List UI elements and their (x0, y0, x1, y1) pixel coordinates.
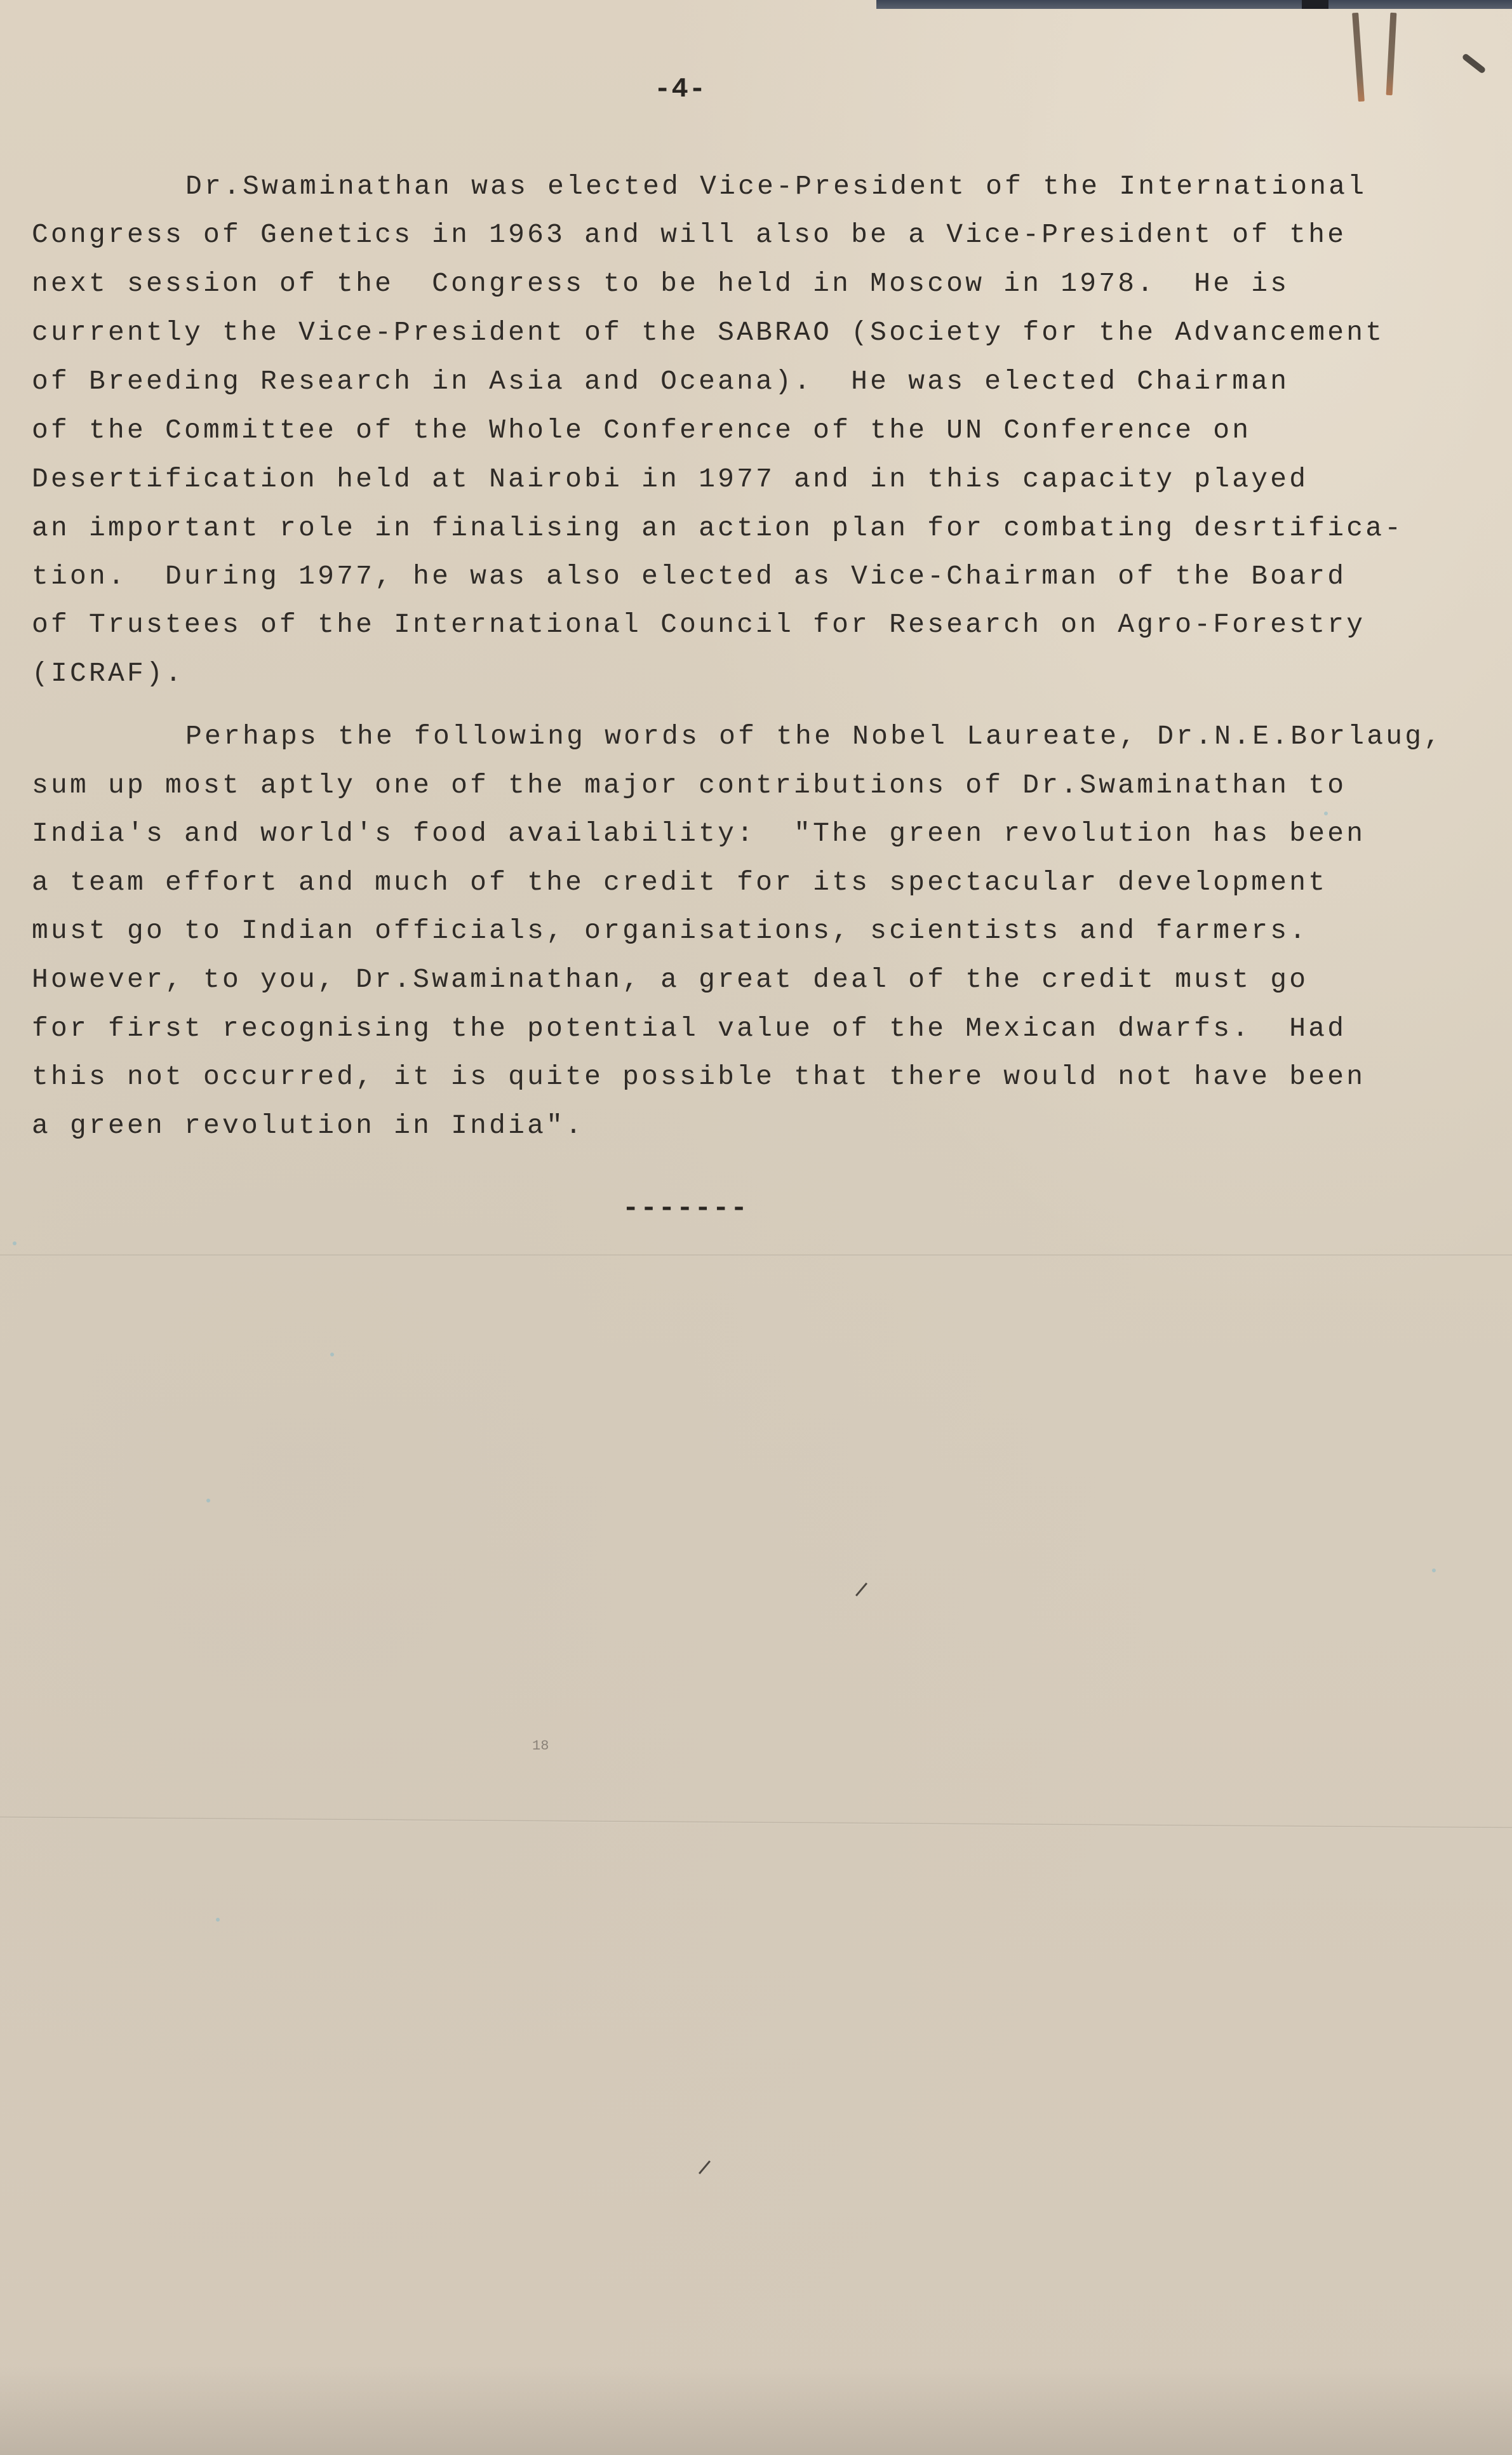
paper-speck (1324, 812, 1328, 815)
text-line: of Trustees of the International Council… (32, 611, 1365, 638)
ink-blot (1461, 53, 1486, 74)
paper-speck (13, 1241, 17, 1245)
text-line: sum up most aptly one of the major contr… (32, 772, 1346, 799)
paper-speck (1432, 1569, 1436, 1572)
text-line: Congress of Genetics in 1963 and will al… (32, 221, 1346, 248)
paper-fold-line (0, 1254, 1512, 1256)
pencil-mark (855, 1582, 867, 1596)
text-line: this not occurred, it is quite possible … (32, 1063, 1365, 1090)
paper-fold-line (0, 1816, 1512, 1829)
text-line: Desertification held at Nairobi in 1977 … (32, 465, 1308, 493)
page-bottom-shadow (0, 2366, 1512, 2455)
text-line: Perhaps the following words of the Nobel… (185, 723, 1443, 750)
end-of-text-marker: ------- (622, 1193, 749, 1224)
text-line: must go to Indian officials, organisatio… (32, 917, 1308, 944)
text-line: of the Committee of the Whole Conference… (32, 417, 1251, 444)
binder-clip (1302, 0, 1328, 9)
rust-stain-mark (1352, 13, 1365, 102)
text-line: (ICRAF). (32, 660, 184, 687)
text-line: Dr.Swaminathan was elected Vice-Presiden… (185, 173, 1367, 200)
paper-speck (330, 1353, 334, 1356)
paper-speck (206, 1499, 210, 1502)
text-line: for first recognising the potential valu… (32, 1015, 1346, 1042)
text-line: currently the Vice-President of the SABR… (32, 319, 1384, 346)
binder-strip (876, 0, 1512, 9)
page-number: -4- (654, 74, 706, 105)
rust-stain-mark (1386, 13, 1397, 95)
text-line: of Breeding Research in Asia and Oceana)… (32, 368, 1289, 395)
pencil-mark (699, 2160, 711, 2174)
text-line: India's and world's food availability: "… (32, 820, 1365, 847)
text-line: tion. During 1977, he was also elected a… (32, 563, 1346, 590)
scanned-document-page: -4- Dr.Swaminathan was elected Vice-Pres… (0, 0, 1512, 2455)
text-line: an important role in finalising an actio… (32, 514, 1403, 542)
paper-speck (216, 1918, 220, 1922)
text-line: However, to you, Dr.Swaminathan, a great… (32, 966, 1308, 993)
text-line: next session of the Congress to be held … (32, 270, 1289, 297)
faint-stray-mark: 18 (532, 1738, 549, 1754)
text-line: a team effort and much of the credit for… (32, 869, 1327, 896)
text-line: a green revolution in India". (32, 1112, 584, 1139)
